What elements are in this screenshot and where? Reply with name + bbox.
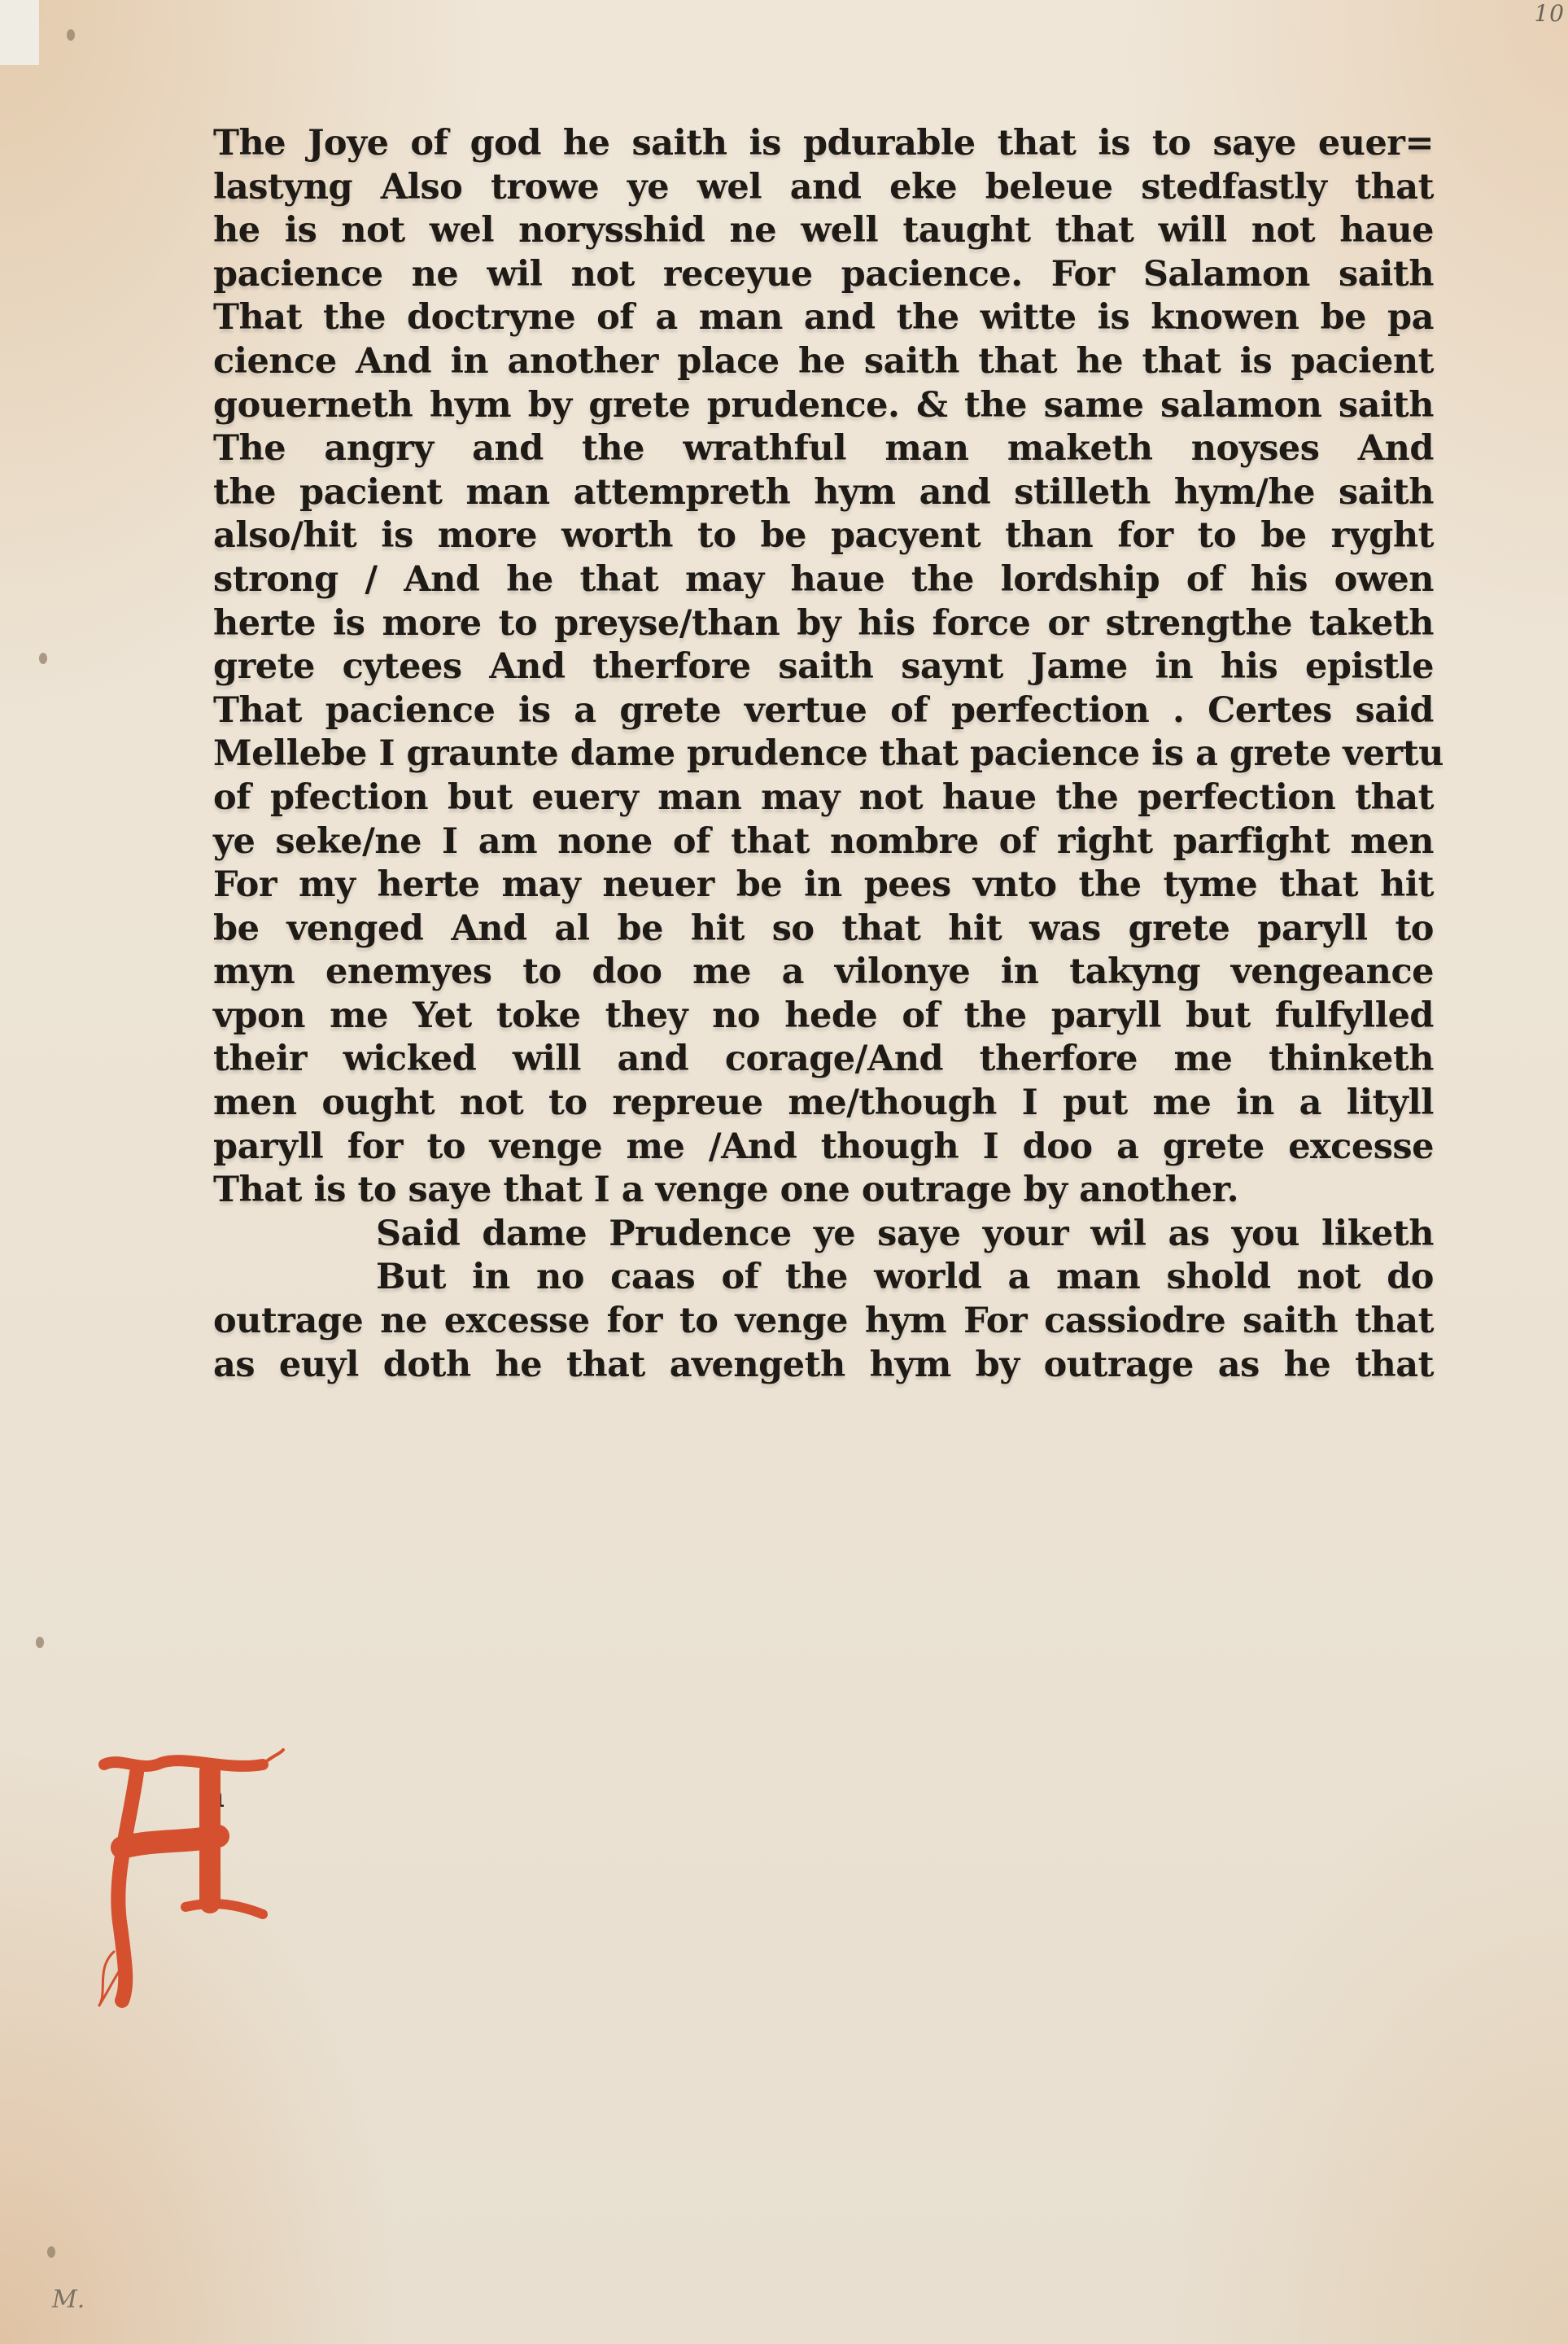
sewing-hole xyxy=(39,653,47,664)
paper-nick xyxy=(67,29,75,41)
text-line: gouerneth hym by grete prudence. & the s… xyxy=(213,384,1434,428)
text-line: be venged And al be hit so that hit was … xyxy=(213,907,1434,951)
text-line: That is to saye that I a venge one outra… xyxy=(213,1169,1434,1213)
text-line: myn enemyes to doo me a vilonye in takyn… xyxy=(213,951,1434,995)
text-line: ye seke/ne I am none of that nombre of r… xyxy=(213,820,1434,864)
text-line: of pfection but euery man may not haue t… xyxy=(213,776,1434,820)
text-line: paryll for to venge me /And though I doo… xyxy=(213,1126,1434,1170)
text-line: The Joye of god he saith is pdurable tha… xyxy=(213,122,1434,166)
text-line: herte is more to preyse/than by his forc… xyxy=(213,602,1434,646)
text-line: pacience ne wil not receyue pacience. Fo… xyxy=(213,253,1434,297)
text-line: But in no caas of the world a man shold … xyxy=(213,1256,1434,1300)
rubricated-initial-a-icon xyxy=(96,1740,291,2009)
text-line: he is not wel norysshid ne well taught t… xyxy=(213,209,1434,253)
folio-number: 10 xyxy=(1534,0,1565,27)
text-line: men ought not to repreue me/though I put… xyxy=(213,1082,1434,1126)
text-line: lastyng Also trowe ye wel and eke beleue… xyxy=(213,166,1434,210)
text-line: That the doctryne of a man and the witte… xyxy=(213,296,1434,340)
text-line: their wicked will and corage/And therfor… xyxy=(213,1038,1434,1082)
text-line: vpon me Yet toke they no hede of the par… xyxy=(213,995,1434,1039)
text-line: cience And in another place he saith tha… xyxy=(213,340,1434,384)
text-line: outrage ne excesse for to venge hym For … xyxy=(213,1300,1434,1344)
text-line: the pacient man attempreth hym and still… xyxy=(213,471,1434,515)
text-line: Mellebe I graunte dame prudence that pac… xyxy=(213,732,1434,776)
sewing-hole xyxy=(36,1637,44,1648)
text-line: That pacience is a grete vertue of perfe… xyxy=(213,689,1434,733)
text-line: Said dame Prudence ye saye your wil as y… xyxy=(213,1213,1434,1257)
text-line: strong / And he that may haue the lordsh… xyxy=(213,558,1434,602)
text-block: The Joye of god he saith is pdurable tha… xyxy=(213,122,1434,1387)
text-line: For my herte may neuer be in pees vnto t… xyxy=(213,864,1434,907)
sewing-hole xyxy=(47,2246,55,2258)
text-line: grete cytees And therfore saith saynt Ja… xyxy=(213,645,1434,689)
pencil-mark: M. xyxy=(52,2285,85,2314)
text-line: also/hit is more worth to be pacyent tha… xyxy=(213,514,1434,558)
paper-tab-fragment xyxy=(0,0,39,65)
text-line: as euyl doth he that avengeth hym by out… xyxy=(213,1344,1434,1388)
text-line: The angry and the wrathful man maketh no… xyxy=(213,427,1434,471)
book-page: 10 The Joye of god he saith is pdurable … xyxy=(0,0,1568,2344)
